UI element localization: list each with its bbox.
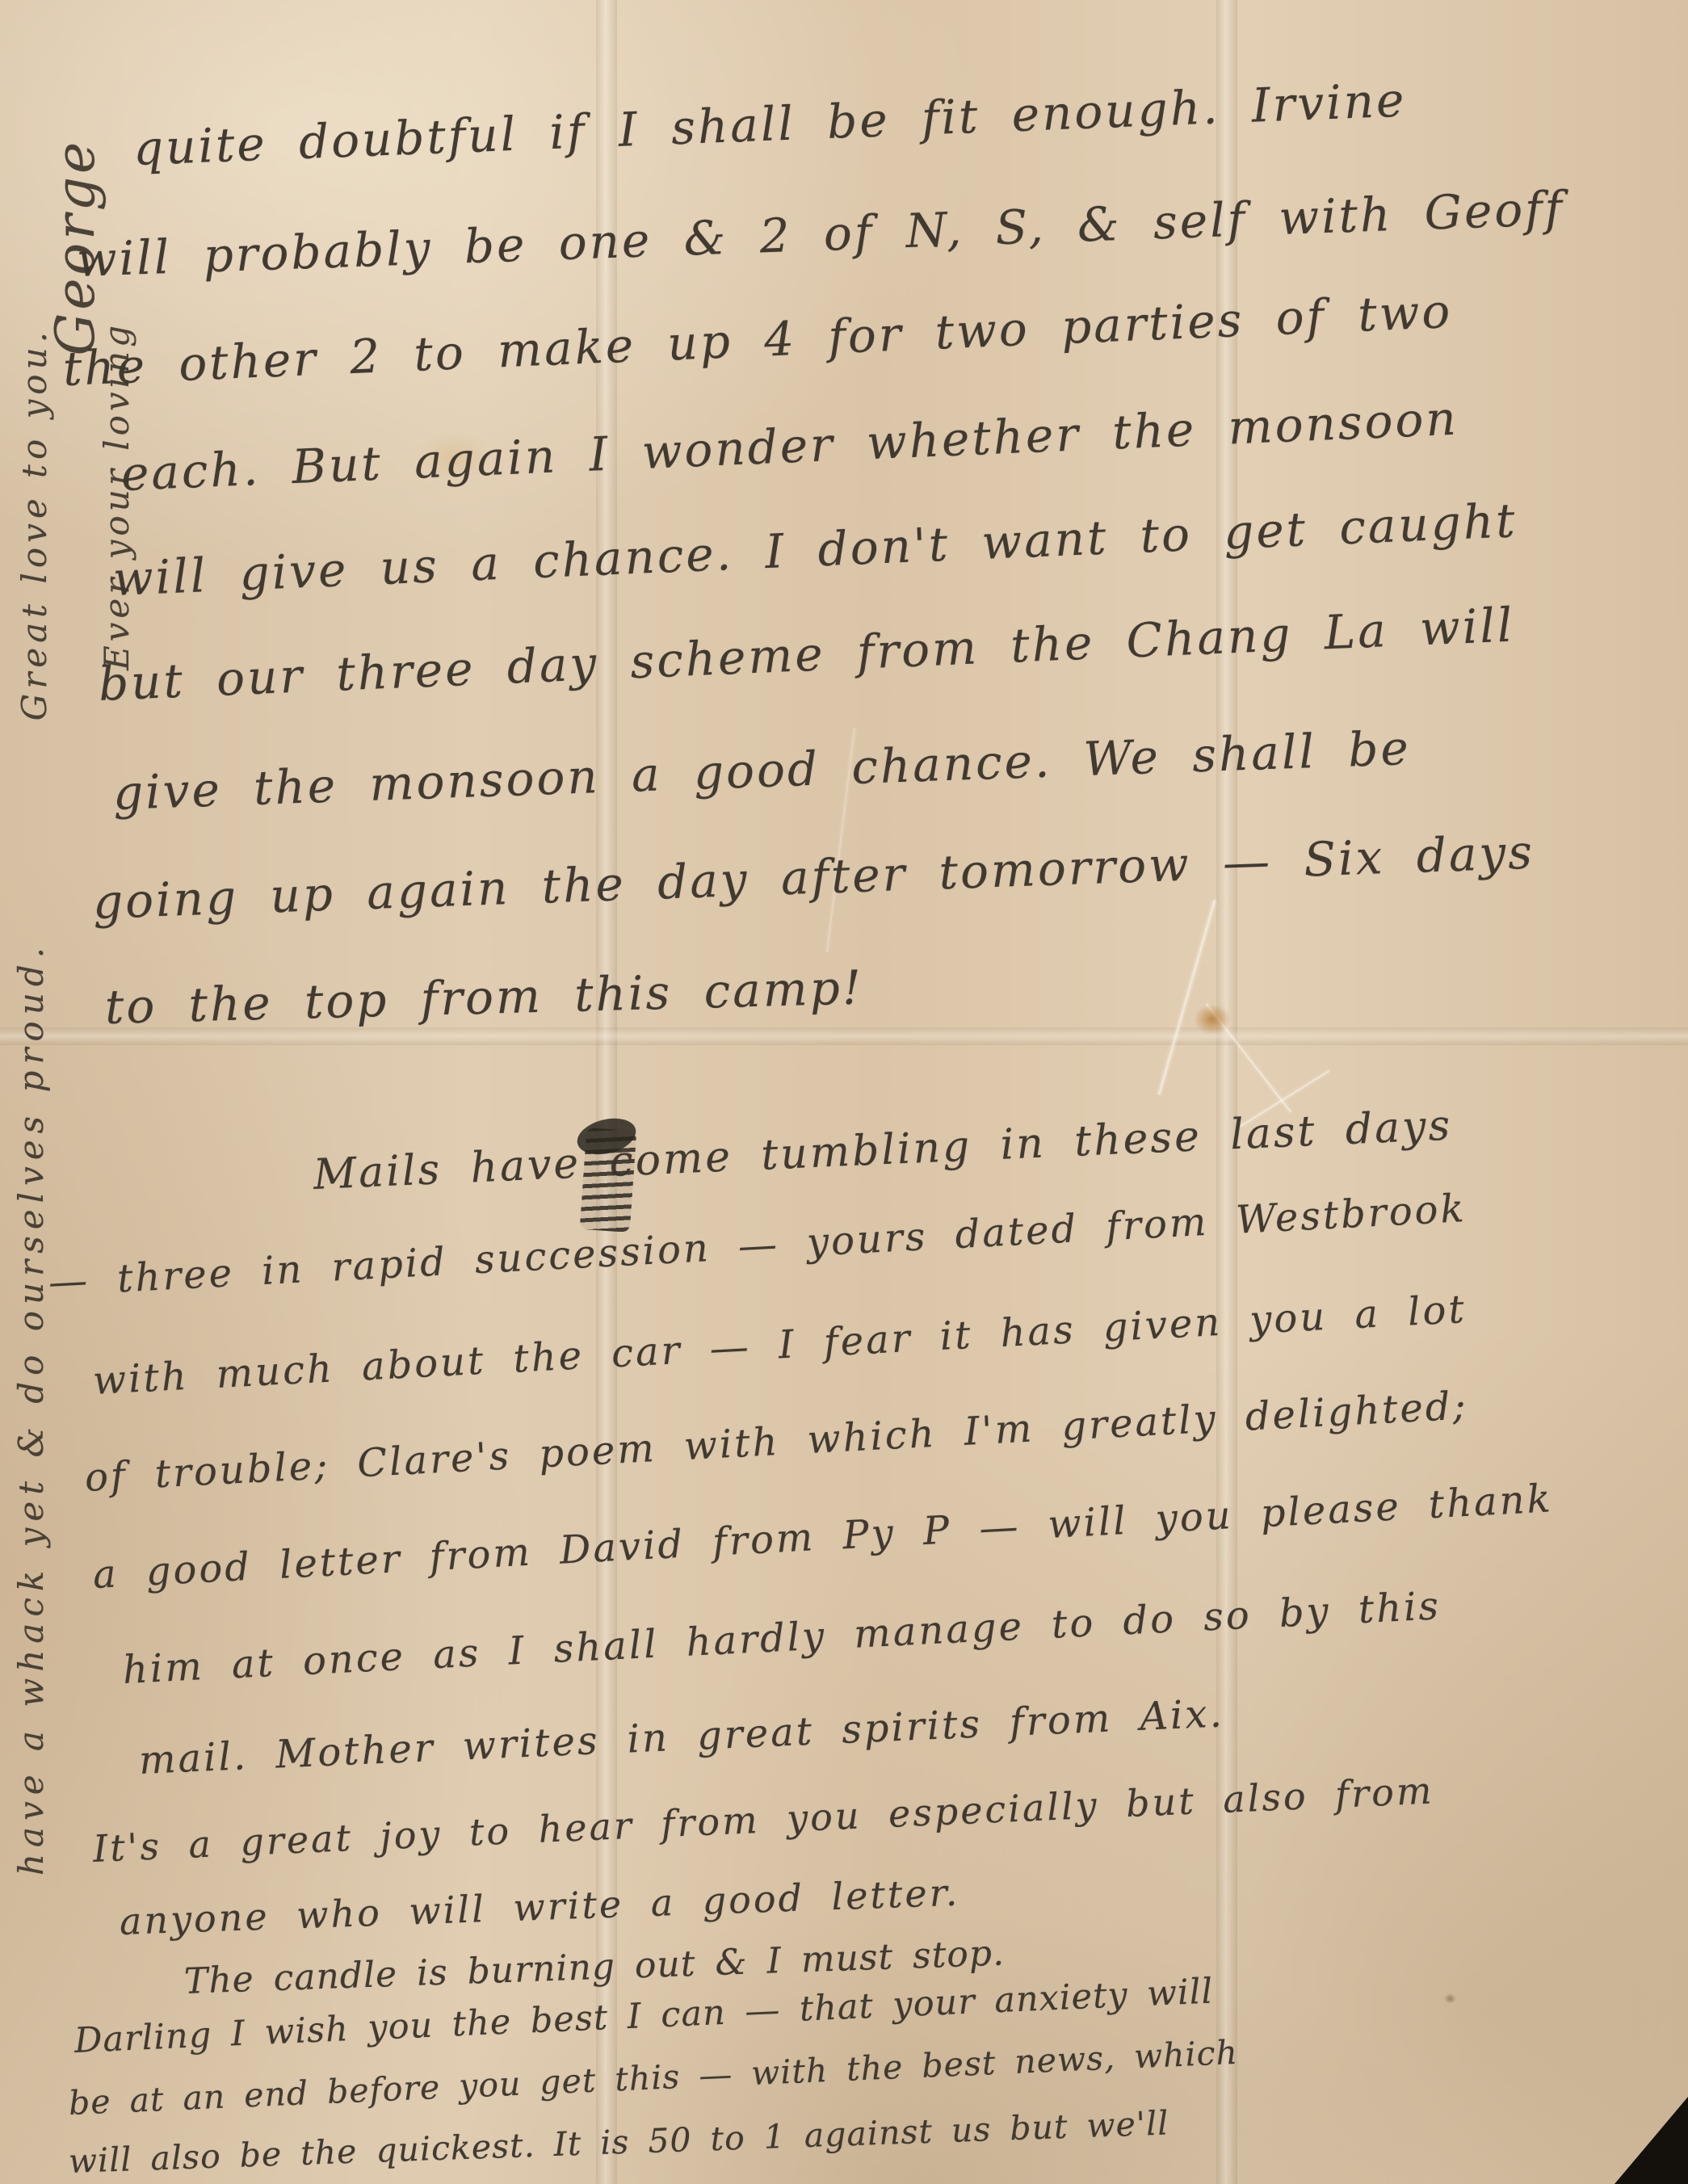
margin-continuation: have a whack yet & do ourselves proud. <box>11 941 51 1875</box>
letter-line-3: the other 2 to make up 4 for two parties… <box>62 283 1454 397</box>
scan-corner-background <box>1583 2087 1688 2184</box>
letter-line-12: with much about the car — I fear it has … <box>92 1287 1468 1404</box>
letter-line-16: mail. Mother writes in great spirits fro… <box>138 1690 1225 1783</box>
letter-line-15: him at once as I shall hardly manage to … <box>122 1583 1442 1693</box>
letter-line-11: — three in rapid succession — yours date… <box>48 1186 1468 1305</box>
margin-signature: George <box>44 139 107 355</box>
letter-line-6: but our three day scheme from the Chang … <box>98 598 1516 712</box>
margin-closing-line2: Ever your loving <box>97 321 136 670</box>
letter-line-8: going up again the day after tomorrow — … <box>92 825 1535 930</box>
letter-line-4: each. But again I wonder whether the mon… <box>120 391 1459 502</box>
letter-line-9: to the top from this camp! <box>104 960 864 1035</box>
foxing-spot <box>1444 1993 1456 2004</box>
foxing-spot <box>1194 1004 1231 1035</box>
letter-line-14: a good letter from David from Py P — wil… <box>92 1476 1554 1598</box>
letter-line-2: will probably be one & 2 of N, S, & self… <box>76 181 1565 288</box>
crease-crack <box>1158 900 1216 1094</box>
letter-line-10: Mails have come tumbling in these last d… <box>313 1101 1454 1199</box>
letter-line-13: of trouble; Clare's poem with which I'm … <box>84 1383 1469 1501</box>
margin-closing-line1: Great love to you. <box>15 327 54 720</box>
letter-line-18: anyone who will write a good letter. <box>119 1871 960 1943</box>
letter-line-5: will give us a chance. I don't want to g… <box>112 493 1518 607</box>
letter-page: quite doubtful if I shall be fit enough.… <box>0 0 1688 2184</box>
